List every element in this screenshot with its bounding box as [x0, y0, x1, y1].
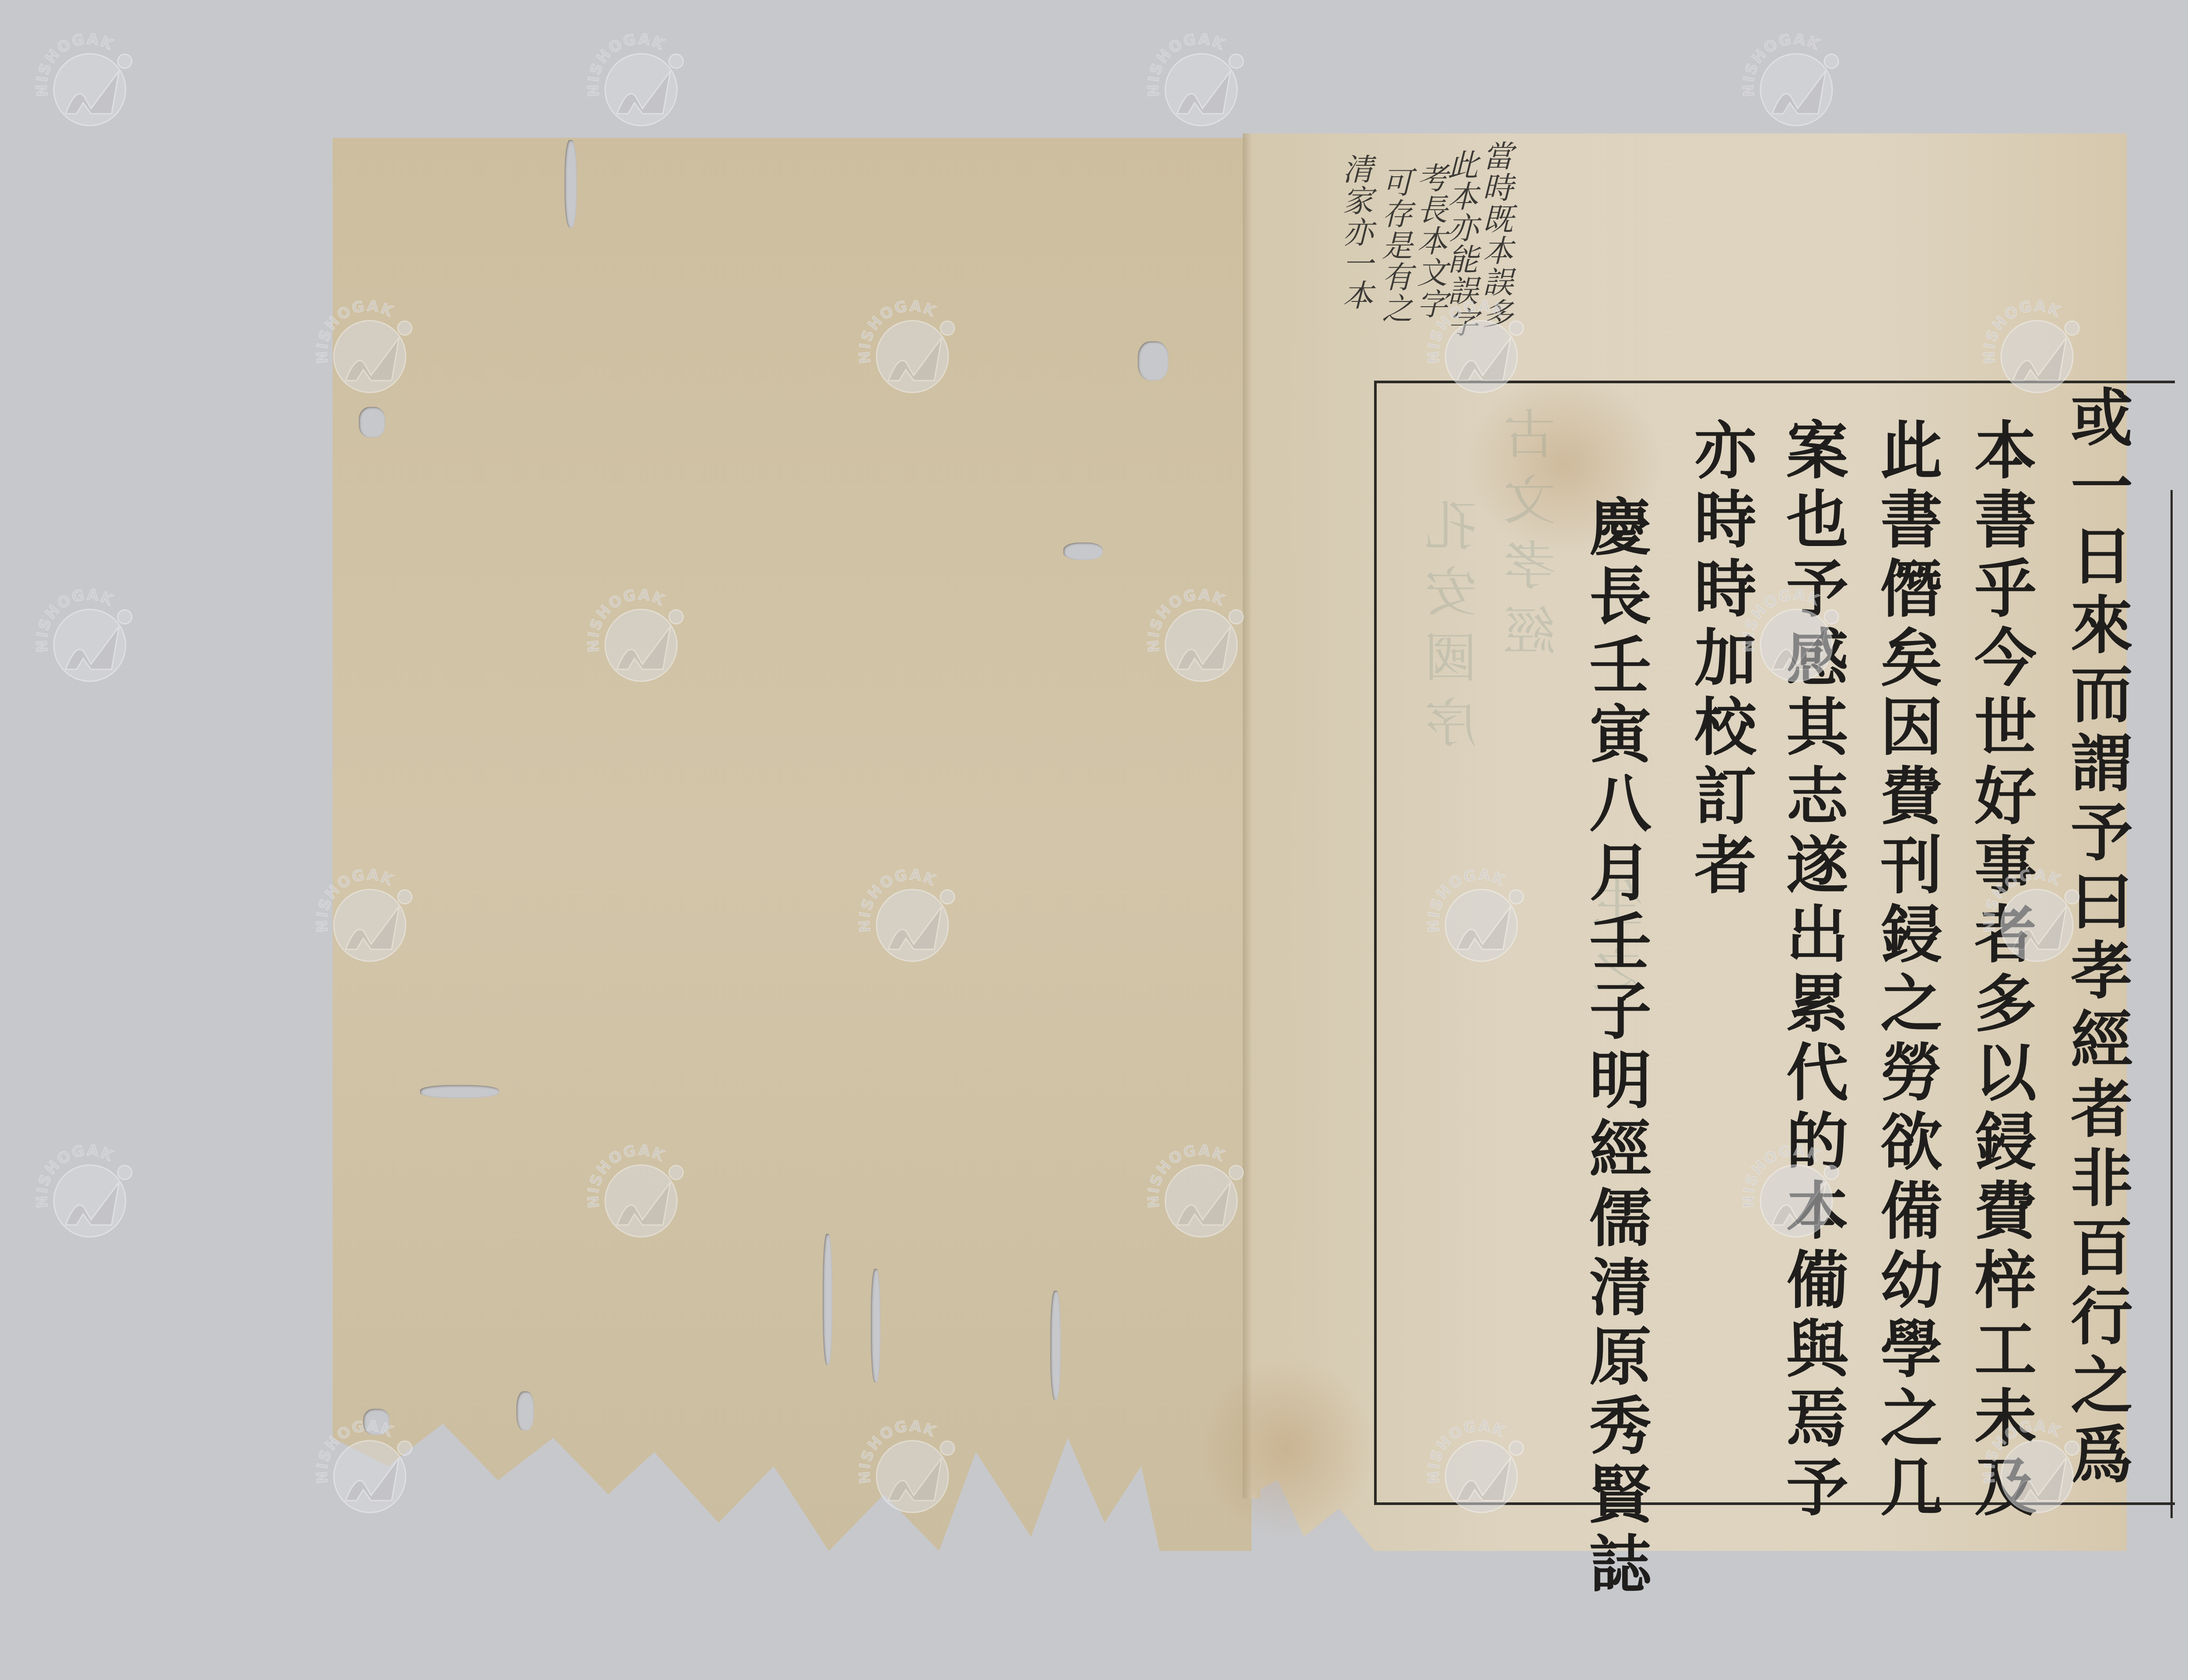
- colophon-column: 慶長壬寅八月壬子明經儒清原秀賢誌: [1584, 494, 1646, 1600]
- water-stain: [1199, 1356, 1374, 1540]
- handwritten-note-col-4: 可存是有之: [1378, 166, 1411, 324]
- open-book: 古文孝經 孔安國序 生之 或一日來而謂予曰孝經者非百行之爲 本書乎今世好事者多以…: [0, 0, 2188, 1680]
- worm-hole: [363, 1409, 389, 1435]
- worm-hole: [823, 1234, 832, 1365]
- text-column-1: 或一日來而謂予曰孝經者非百行之爲: [2065, 385, 2128, 1491]
- worm-hole: [1138, 341, 1168, 381]
- text-column-3: 此書僭矣因費刊鋟之勞欲備幼學之几: [1875, 418, 1937, 1524]
- handwritten-note-col-5: 清家亦一本: [1339, 153, 1371, 311]
- left-page-blank: [333, 138, 1252, 1551]
- show-through-text: 古文孝經: [1497, 407, 1572, 669]
- worm-hole: [359, 407, 385, 437]
- text-column-5: 亦時時加校訂者: [1689, 418, 1751, 902]
- handwritten-note-col-2: 此本亦能誤字: [1444, 149, 1476, 338]
- worm-hole: [565, 140, 577, 227]
- worm-hole: [1063, 542, 1103, 560]
- handwritten-note-col-3: 考長本文字: [1413, 162, 1446, 319]
- text-column-4: 案也予感其志遂出累代的本僃與焉予: [1781, 418, 1843, 1524]
- text-frame-border: [1374, 381, 2175, 1505]
- worm-hole: [871, 1269, 880, 1382]
- worm-hole: [516, 1391, 534, 1431]
- frame-inner-rule: [2170, 490, 2173, 1518]
- text-column-2: 本書乎今世好事者多以鋟費梓工未及: [1969, 418, 2031, 1524]
- worm-hole: [420, 1085, 499, 1098]
- worm-hole: [1050, 1291, 1061, 1400]
- photo-stage: 古文孝經 孔安國序 生之 或一日來而謂予曰孝經者非百行之爲 本書乎今世好事者多以…: [0, 0, 2188, 1680]
- handwritten-note-col-1: 當時既本誤多: [1479, 140, 1511, 329]
- show-through-text: 孔安國序: [1418, 499, 1493, 761]
